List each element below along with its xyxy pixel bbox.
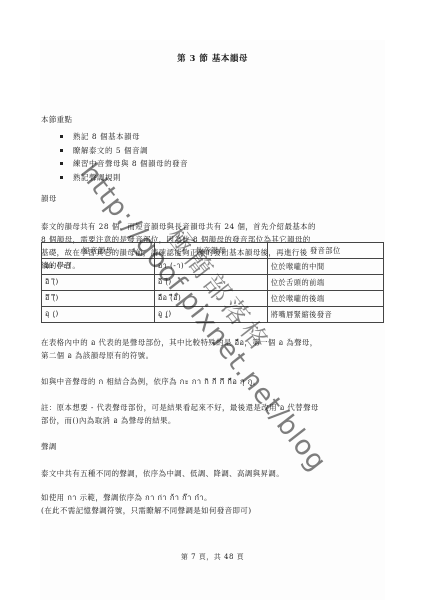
document-page: 第 3 節 基本韻母 本節重點 熟記 8 個基本韻母 瞭解泰文的 5 個音調 練… [40, 40, 385, 600]
column-header: 發音部位 [267, 243, 383, 259]
articulation-cell: 將嘴唇緊縮後發音 [267, 307, 383, 323]
key-point-item: 瞭解泰文的 5 個音調 [54, 144, 188, 158]
table-row: อิ (ิ) อี (ี) 位於舌頭的前端 [42, 275, 384, 291]
bullet-icon [60, 149, 63, 152]
consonant-example-line: 如與中音聲母的 ก 相結合為例，依序為 กะ กา กิ กี กึ กือ ก… [41, 375, 261, 388]
column-header: 長音韻母 [154, 243, 267, 259]
key-points-heading: 本節重點 [41, 113, 72, 126]
tones-hint: (在此不需記憶聲調符號，只需瞭解不同聲調是如何發音即可) [41, 504, 252, 517]
remark-line: 部份，而()內為取消 อ 為聲母的結果。 [41, 414, 176, 427]
bullet-icon [60, 176, 63, 179]
vowels-intro-line: 泰文的韻母共有 28 個，而短音韻母與長音韻母共有 24 個，首先介紹最基本的 [41, 220, 316, 233]
short-vowel-cell: อุ (ุ) [42, 307, 155, 323]
short-vowel-cell: อะ (-ะ) [42, 259, 155, 275]
table-header-row: 短音韻母 長音韻母 發音部位 [42, 243, 384, 259]
table-row: อุ (ุ) อู (ู) 將嘴唇緊縮後發音 [42, 307, 384, 323]
key-point-item: 練習中音聲母與 8 個韻母的發音 [54, 157, 188, 171]
tones-example: 如使用 กา 示範，聲調依序為 กา ก่า ก้า ก๊า ก๋า。 [41, 491, 212, 504]
articulation-cell: 位於舌頭的前端 [267, 275, 383, 291]
short-vowel-cell: อึ (ึ) [42, 291, 155, 307]
articulation-cell: 位於喉嚨的後端 [267, 291, 383, 307]
long-vowel-cell: อี (ี) [154, 275, 267, 291]
table-row: อึ (ึ) อือ (ือ) 位於喉嚨的後端 [42, 291, 384, 307]
page-footer: 第 7 頁，共 48 頁 [40, 552, 385, 562]
key-point-item: 熟記 8 個基本韻母 [54, 130, 188, 144]
key-point-item: 熟記聲調規則 [54, 171, 188, 185]
bullet-icon [60, 162, 63, 165]
section-title: 第 3 節 基本韻母 [40, 52, 385, 64]
table-row: อะ (-ะ) อา (-า) 位於喉嚨的中間 [42, 259, 384, 275]
tones-intro: 泰文中共有五種不同的聲調，依序為中調、低調、降調、高調與昇調。 [41, 467, 284, 480]
short-vowel-cell: อิ (ิ) [42, 275, 155, 291]
long-vowel-cell: อา (-า) [154, 259, 267, 275]
key-points-list: 熟記 8 個基本韻母 瞭解泰文的 5 個音調 練習中音聲母與 8 個韻母的發音 … [54, 130, 188, 184]
long-vowel-cell: อือ (ือ) [154, 291, 267, 307]
table-note-line: 第二個 อ 為該韻母原有的符號。 [41, 349, 153, 362]
long-vowel-cell: อู (ู) [154, 307, 267, 323]
tones-heading: 聲調 [41, 440, 57, 453]
vowels-heading: 韻母 [41, 192, 57, 205]
articulation-cell: 位於喉嚨的中間 [267, 259, 383, 275]
column-header: 短音韻母 [42, 243, 155, 259]
vowels-table: 短音韻母 長音韻母 發音部位 อะ (-ะ) อา (-า) 位於喉嚨的中間 อ… [41, 242, 384, 323]
bullet-icon [60, 135, 63, 138]
remark-line: 註：原本想要 - 代表聲母部份，可是結果看起來不好，最後還是改用 อ 代替聲母 [41, 401, 319, 414]
table-note-line: 在表格內中的 อ 代表的是聲母部份，其中比較特殊的是 อือ，第一個 อ 為聲母… [41, 336, 318, 349]
